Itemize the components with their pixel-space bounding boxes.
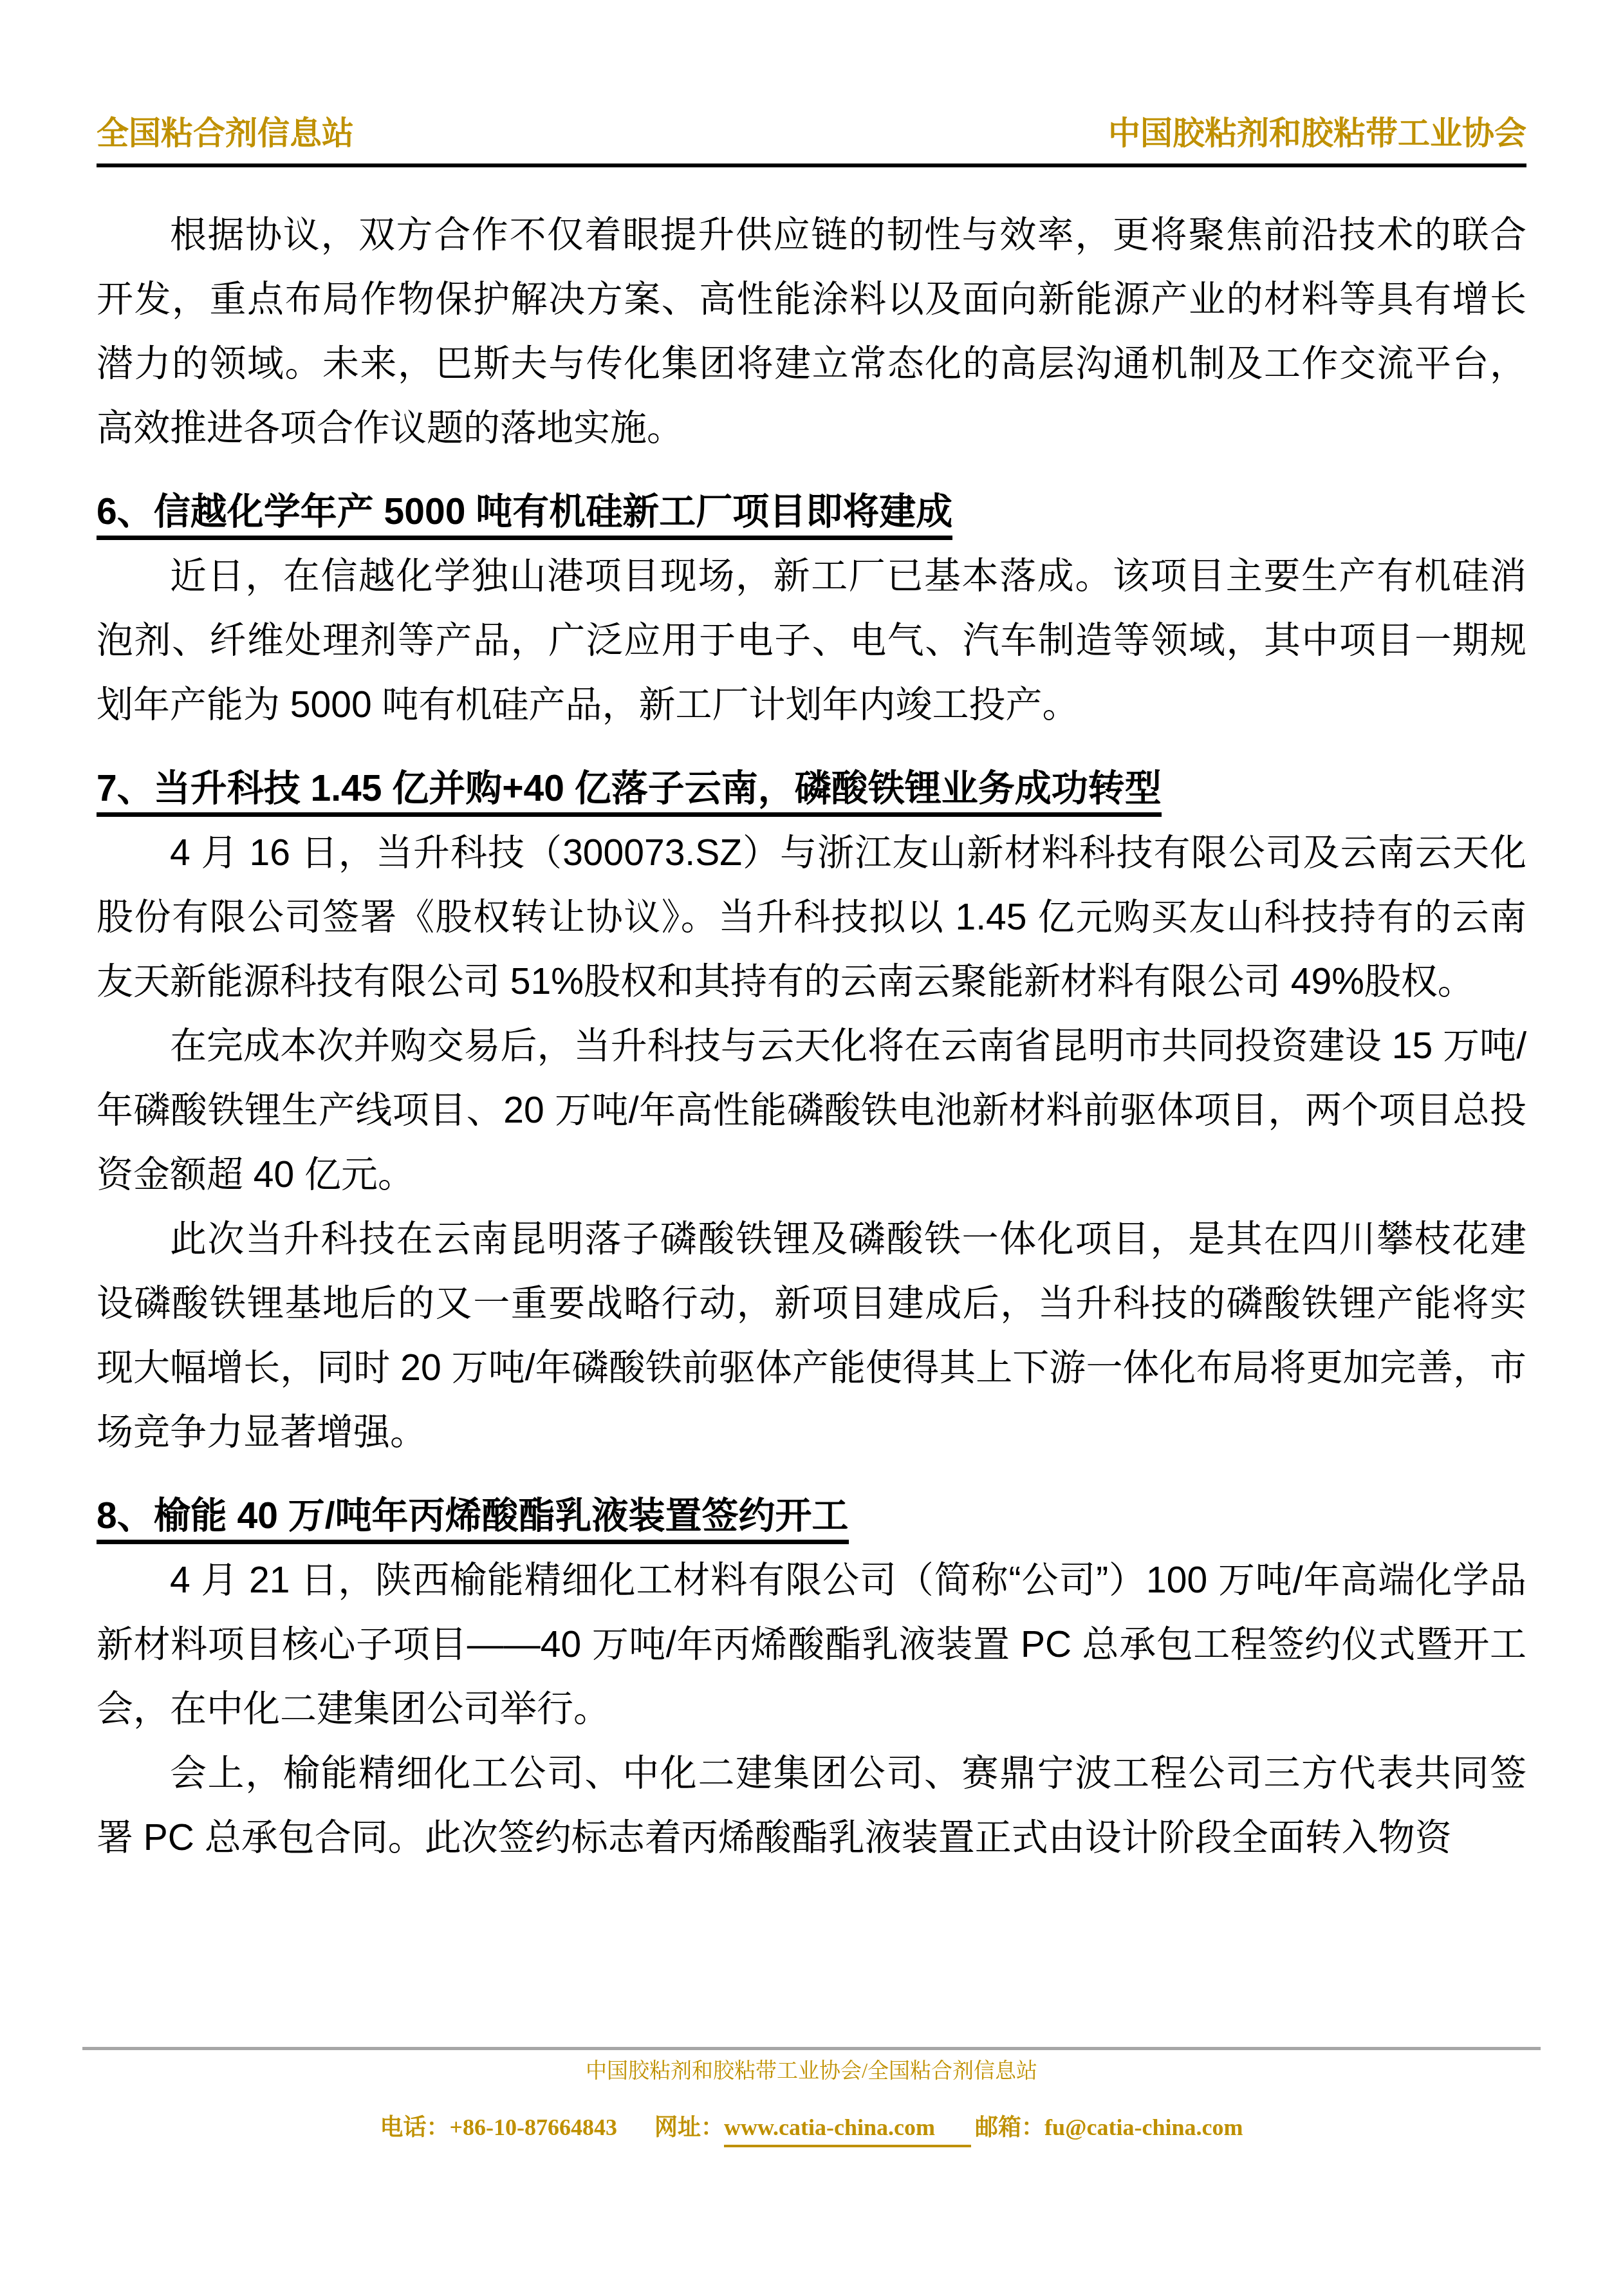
paragraph-shinetsu: 近日，在信越化学独山港项目现场，新工厂已基本落成。该项目主要生产有机硅消泡剂、纤… xyxy=(97,544,1526,737)
website-link[interactable]: www.catia-china.com xyxy=(724,2114,971,2147)
email-address: fu@catia-china.com xyxy=(1044,2114,1243,2140)
section-heading-6-text: 6、信越化学年产 5000 吨有机硅新工厂项目即将建成 xyxy=(97,491,952,540)
document-page: { "header": { "left_title": "全国粘合剂信息站", … xyxy=(0,0,1623,2296)
section-heading-7-text: 7、当升科技 1.45 亿并购+40 亿落子云南，磷酸铁锂业务成功转型 xyxy=(97,768,1162,817)
section-heading-6: 6、信越化学年产 5000 吨有机硅新工厂项目即将建成 xyxy=(97,480,1526,544)
footer-divider-rule xyxy=(82,2047,1541,2050)
website-label: 网址： xyxy=(654,2114,724,2140)
section-heading-8: 8、榆能 40 万/吨年丙烯酸酯乳液装置签约开工 xyxy=(97,1484,1526,1548)
paragraph-dangsheng-strategy: 此次当升科技在云南昆明落子磷酸铁锂及磷酸铁一体化项目，是其在四川攀枝花建设磷酸铁… xyxy=(97,1207,1526,1464)
email-label: 邮箱： xyxy=(975,2114,1044,2140)
page-footer: 中国胶粘剂和胶粘带工业协会/全国粘合剂信息站 电话：+86-10-8766484… xyxy=(82,2047,1541,2142)
section-heading-7: 7、当升科技 1.45 亿并购+40 亿落子云南，磷酸铁锂业务成功转型 xyxy=(97,756,1526,821)
page-content: 全国粘合剂信息站 中国胶粘剂和胶粘带工业协会 根据协议，双方合作不仅着眼提升供应… xyxy=(97,0,1526,1870)
header-left-title: 全国粘合剂信息站 xyxy=(97,113,354,153)
paragraph-yuneng-signing: 4 月 21 日，陕西榆能精细化工材料有限公司（简称“公司”）100 万吨/年高… xyxy=(97,1548,1526,1741)
header-divider-rule xyxy=(97,163,1526,167)
page-header: 全国粘合剂信息站 中国胶粘剂和胶粘带工业协会 xyxy=(97,0,1526,153)
news-body: 根据协议，双方合作不仅着眼提升供应链的韧性与效率，更将聚焦前沿技术的联合开发，重… xyxy=(97,203,1526,1870)
section-heading-8-text: 8、榆能 40 万/吨年丙烯酸酯乳液装置签约开工 xyxy=(97,1495,849,1544)
paragraph-basf-cooperation: 根据协议，双方合作不仅着眼提升供应链的韧性与效率，更将聚焦前沿技术的联合开发，重… xyxy=(97,203,1526,460)
paragraph-yuneng-contract: 会上，榆能精细化工公司、中化二建集团公司、赛鼎宁波工程公司三方代表共同签署 PC… xyxy=(97,1741,1526,1870)
paragraph-dangsheng-investment: 在完成本次并购交易后，当升科技与云天化将在云南省昆明市共同投资建设 15 万吨/… xyxy=(97,1014,1526,1207)
footer-contact-line: 电话：+86-10-87664843网址：www.catia-china.com… xyxy=(82,2113,1541,2142)
phone-label: 电话： xyxy=(380,2114,450,2140)
paragraph-dangsheng-deal: 4 月 16 日，当升科技（300073.SZ）与浙江友山新材料科技有限公司及云… xyxy=(97,821,1526,1014)
header-right-title: 中国胶粘剂和胶粘带工业协会 xyxy=(1108,113,1526,153)
phone-number: +86-10-87664843 xyxy=(450,2114,618,2140)
footer-org-line: 中国胶粘剂和胶粘带工业协会/全国粘合剂信息站 xyxy=(82,2058,1541,2084)
